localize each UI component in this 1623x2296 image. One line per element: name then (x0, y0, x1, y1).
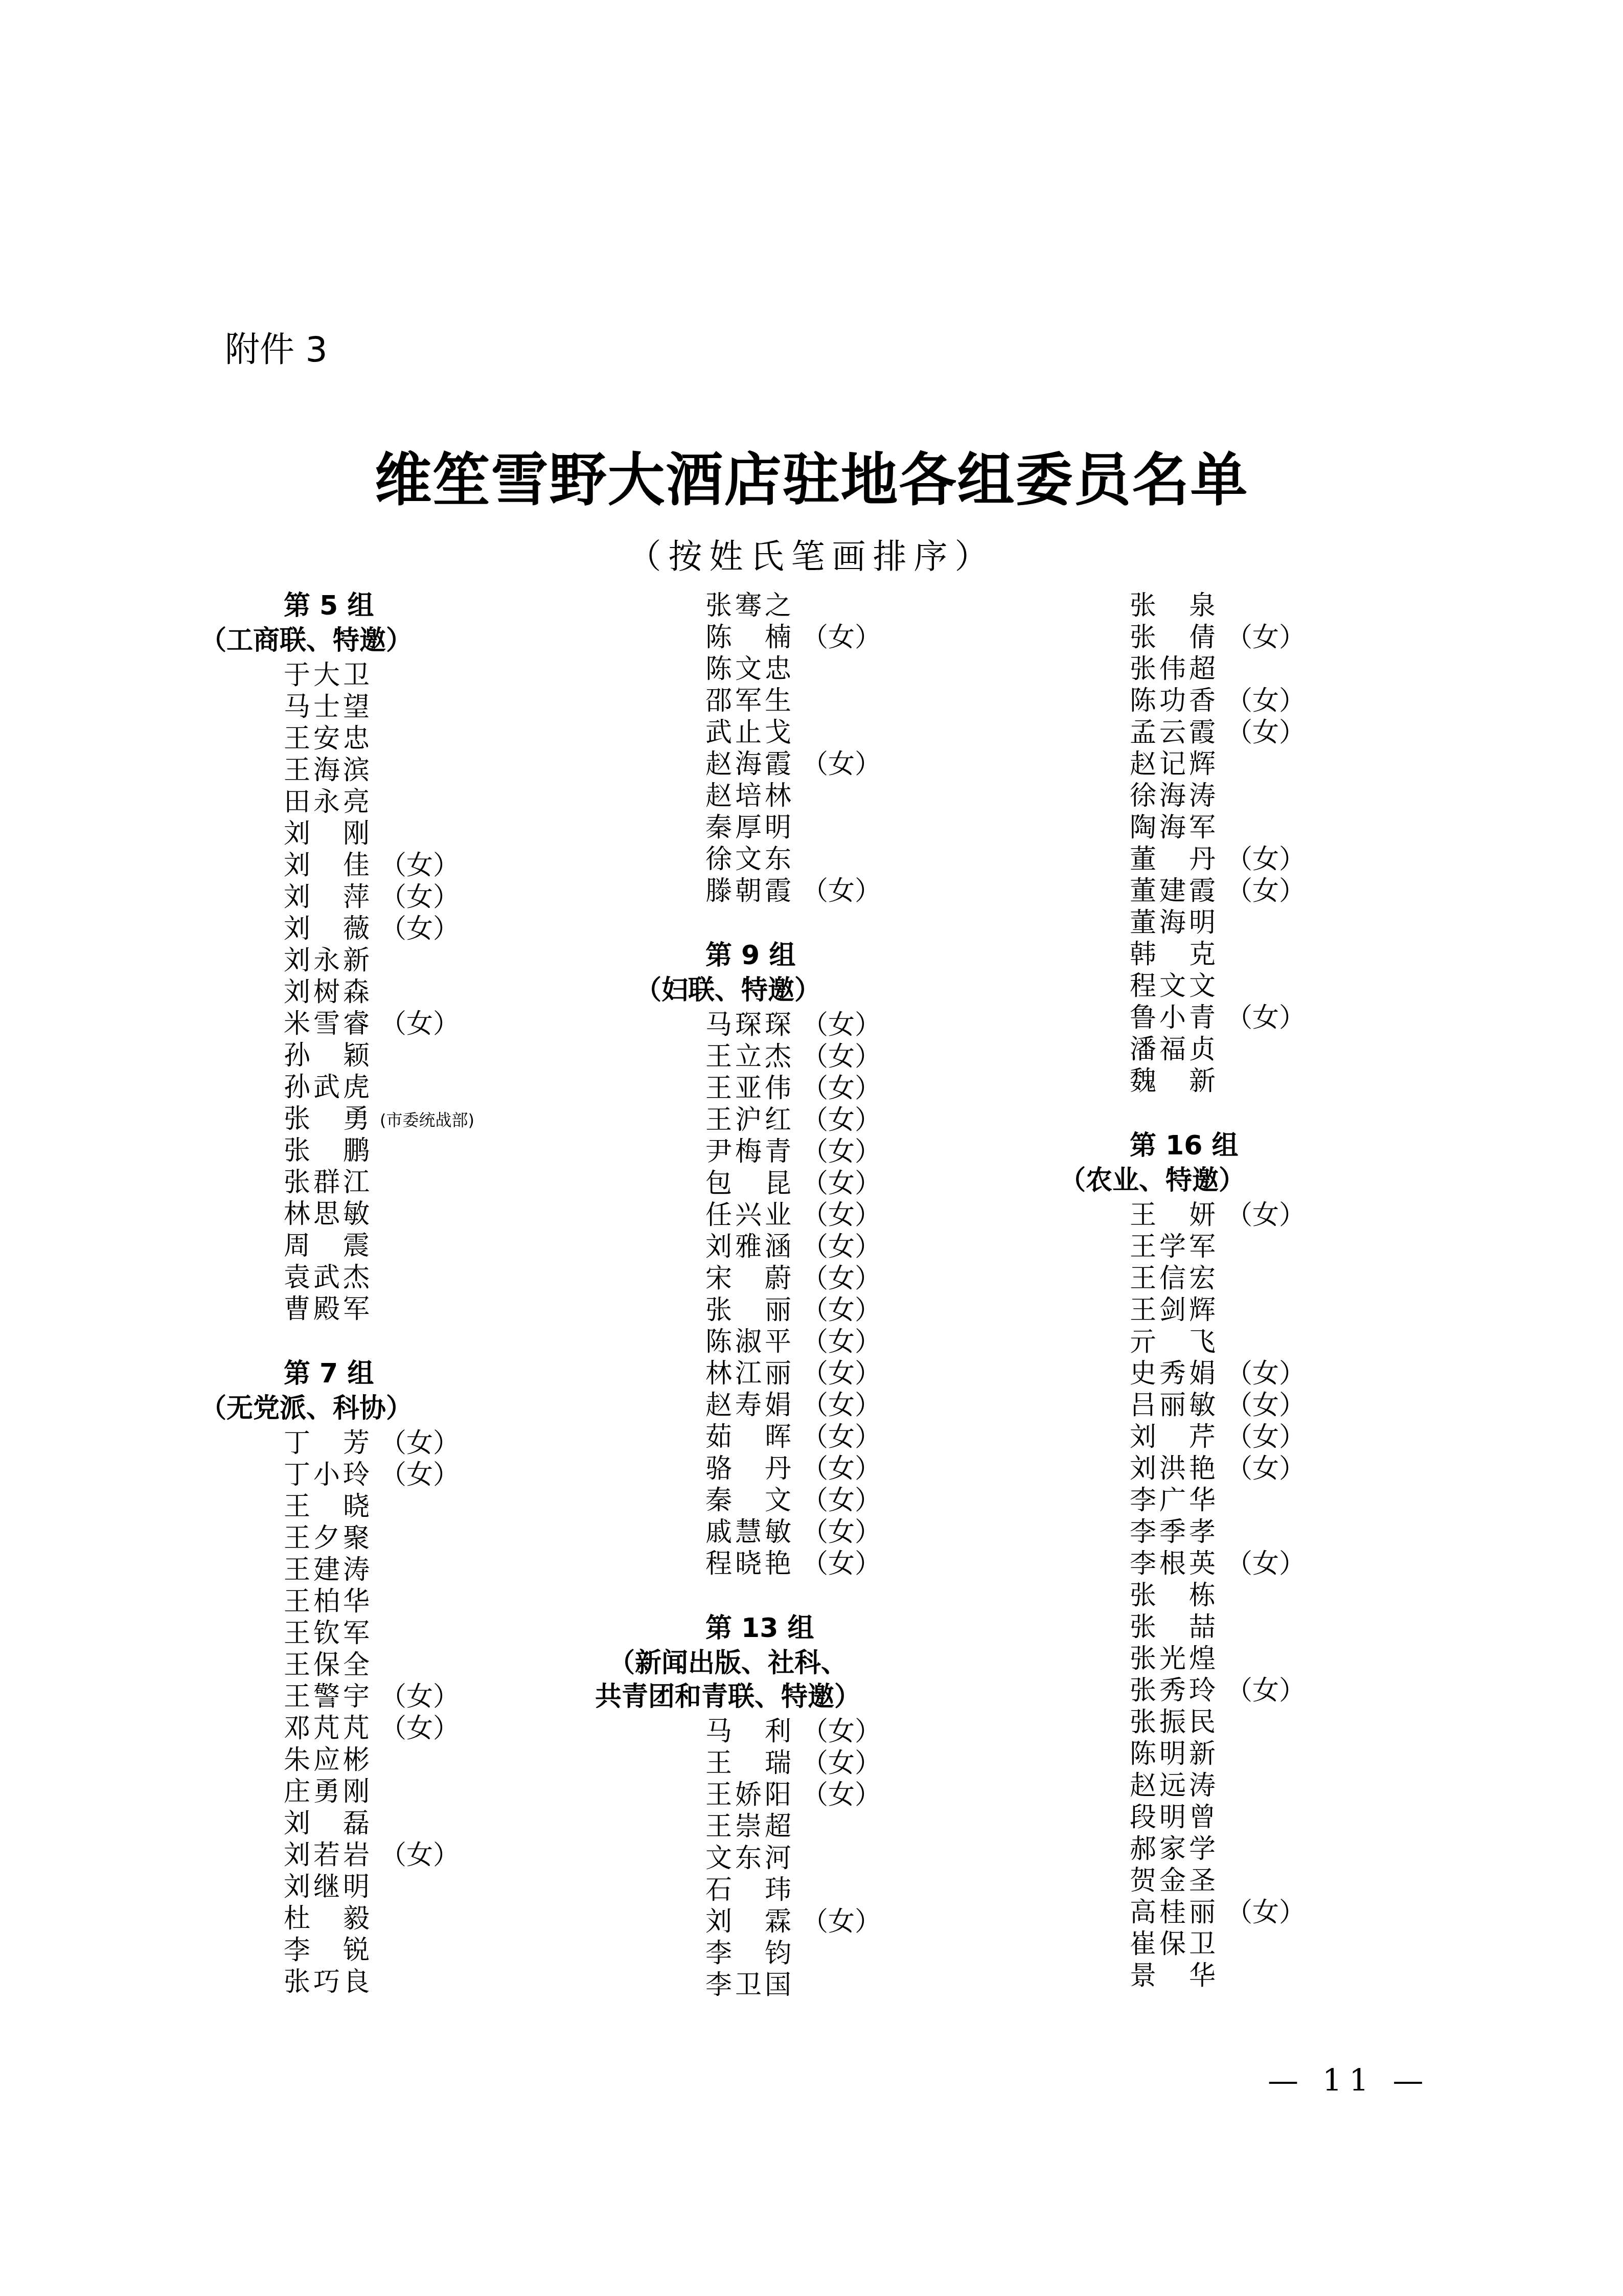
gender-note: （女） (1226, 622, 1306, 653)
member-row: 刘若岩（女） (284, 1839, 496, 1871)
member-group: 第 9 组（妇联、特邀）马琛琛（女）王立杰（女）王亚伟（女）王沪红（女）尹梅青（… (705, 938, 971, 1580)
gender-note: （女） (380, 1459, 460, 1491)
member-name: 郝家学 (1130, 1833, 1222, 1865)
member-name: 武止戈 (705, 717, 797, 748)
member-name: 张光煌 (1130, 1643, 1222, 1675)
gender-note: （女） (1226, 1390, 1306, 1421)
member-row: 程文文 (1130, 970, 1316, 1002)
member-row: 庄勇刚 (284, 1776, 496, 1808)
member-name: 丁小玲 (284, 1459, 376, 1491)
member-row: 鲁小青（女） (1130, 1002, 1316, 1034)
member-name: 崔保卫 (1130, 1928, 1222, 1960)
gender-note: （女） (1226, 875, 1306, 907)
member-row: 马 利（女） (705, 1716, 971, 1747)
member-row: 张 倩（女） (1130, 622, 1316, 653)
member-name: 张秀玲 (1130, 1675, 1222, 1707)
member-row: 陈文忠 (705, 653, 971, 685)
member-name: 王娇阳 (705, 1779, 797, 1811)
member-row: 朱应彬 (284, 1744, 496, 1776)
member-name: 王信宏 (1130, 1263, 1222, 1294)
member-name: 程晓艳 (705, 1548, 797, 1580)
member-row: 杜 毅 (284, 1903, 496, 1935)
member-name: 刘永新 (284, 945, 376, 976)
member-row: 刘 霖（女） (705, 1906, 971, 1938)
member-row: 戚慧敏（女） (705, 1516, 971, 1548)
member-row: 董 丹（女） (1130, 844, 1316, 875)
member-row: 刘洪艳（女） (1130, 1453, 1316, 1485)
gender-note: （女） (802, 1168, 881, 1199)
member-name: 王海滨 (284, 755, 376, 786)
member-name: 刘 刚 (284, 818, 376, 850)
member-name: 陈功香 (1130, 685, 1222, 717)
member-list: 张 泉张 倩（女）张伟超陈功香（女）孟云霞（女）赵记辉徐海涛陶海军董 丹（女）董… (1130, 590, 1316, 1097)
member-row: 王 妍（女） (1130, 1199, 1316, 1231)
member-row: 张 鹏 (284, 1135, 496, 1167)
gender-note: （女） (802, 1041, 881, 1073)
member-row: 宋 蔚（女） (705, 1263, 971, 1294)
gender-note: （女） (802, 1421, 881, 1453)
member-row: 刘 芹（女） (1130, 1421, 1316, 1453)
member-name: 陈明新 (1130, 1738, 1222, 1770)
member-name: 张伟超 (1130, 653, 1222, 685)
member-row: 张群江 (284, 1167, 496, 1198)
member-name: 王保全 (284, 1649, 376, 1681)
member-row: 李卫国 (705, 1969, 971, 2001)
member-row: 王安忠 (284, 723, 496, 755)
member-row: 高桂丽（女） (1130, 1897, 1316, 1928)
member-row: 王立杰（女） (705, 1041, 971, 1073)
member-name: 赵记辉 (1130, 748, 1222, 780)
member-row: 景 华 (1130, 1960, 1316, 1992)
gender-note: （女） (802, 1136, 881, 1168)
gender-note: （女） (1226, 1199, 1306, 1231)
member-name: 陈文忠 (705, 653, 797, 685)
member-name: 朱应彬 (284, 1744, 376, 1776)
member-row: 刘 刚 (284, 818, 496, 850)
group-subtitle: （新闻出版、社科、 (608, 1646, 874, 1680)
member-row: 马士望 (284, 691, 496, 723)
gender-note: （女） (1226, 1358, 1306, 1390)
member-name: 张骞之 (705, 590, 797, 622)
member-name: 陈 楠 (705, 622, 797, 653)
member-name: 张 鹏 (284, 1135, 376, 1167)
member-row: 陈明新 (1130, 1738, 1316, 1770)
member-name: 贺金圣 (1130, 1865, 1222, 1897)
gender-note: （女） (1226, 717, 1306, 748)
member-name: 庄勇刚 (284, 1776, 376, 1808)
member-name: 尹梅青 (705, 1136, 797, 1168)
gender-note: （女） (802, 1358, 881, 1390)
member-row: 张光煌 (1130, 1643, 1316, 1675)
member-row: 张 泉 (1130, 590, 1316, 622)
member-name: 任兴业 (705, 1199, 797, 1231)
gender-note: （女） (802, 1779, 881, 1811)
group-subtitle: 共青团和青联、特邀） (595, 1680, 861, 1714)
member-row: 刘 磊 (284, 1808, 496, 1839)
member-name: 亓 飞 (1130, 1326, 1222, 1358)
gender-note: （女） (802, 875, 881, 907)
gender-note: （女） (802, 1485, 881, 1516)
gender-note: （女） (802, 1231, 881, 1263)
member-row: 骆 丹（女） (705, 1453, 971, 1485)
member-name: 李 锐 (284, 1935, 376, 1966)
page-number: — 11 — (1268, 2063, 1431, 2099)
member-name: 张振民 (1130, 1707, 1222, 1738)
member-name: 石 玮 (705, 1874, 797, 1906)
member-name: 李 钧 (705, 1938, 797, 1969)
gender-note: （女） (1226, 1675, 1306, 1707)
member-row: 王建涛 (284, 1554, 496, 1586)
member-row: 王亚伟（女） (705, 1073, 971, 1104)
member-row: 张巧良 (284, 1966, 496, 1998)
member-name: 滕朝霞 (705, 875, 797, 907)
member-name: 王学军 (1130, 1231, 1222, 1263)
member-row: 尹梅青（女） (705, 1136, 971, 1168)
member-row: 邵军生 (705, 685, 971, 717)
gender-note: （女） (802, 622, 881, 653)
member-row: 赵培林 (705, 780, 971, 812)
member-list: 于大卫马士望王安忠王海滨田永亮刘 刚刘 佳（女）刘 萍（女）刘 薇（女）刘永新刘… (284, 660, 496, 1325)
member-name: 邓芃芃 (284, 1713, 376, 1744)
member-name: 丁 芳 (284, 1427, 376, 1459)
gender-note: （女） (1226, 1002, 1306, 1034)
member-name: 张 勇 (284, 1103, 376, 1135)
group-subtitle: （无党派、科协） (200, 1392, 413, 1425)
member-name: 赵寿娟 (705, 1390, 797, 1421)
attachment-label: 附件 3 (225, 322, 328, 372)
member-name: 李季孝 (1130, 1516, 1222, 1548)
member-row: 张 勇(市委统战部) (284, 1103, 496, 1135)
member-name: 王沪红 (705, 1104, 797, 1136)
group-title: 第 7 组 (284, 1356, 496, 1392)
gender-note: （女） (380, 913, 460, 945)
gender-note: （女） (1226, 844, 1306, 875)
member-row: 张秀玲（女） (1130, 1675, 1316, 1707)
member-row: 李根英（女） (1130, 1548, 1316, 1580)
gender-note: （女） (802, 1716, 881, 1747)
member-name: 赵远涛 (1130, 1770, 1222, 1802)
member-name: 周 震 (284, 1230, 376, 1262)
member-name: 史秀娟 (1130, 1358, 1222, 1390)
member-name: 赵培林 (705, 780, 797, 812)
member-name: 王警宇 (284, 1681, 376, 1713)
column-left: 第 5 组（工商联、特邀）于大卫马士望王安忠王海滨田永亮刘 刚刘 佳（女）刘 萍… (284, 588, 496, 2029)
member-name: 赵海霞 (705, 748, 797, 780)
member-row: 王娇阳（女） (705, 1779, 971, 1811)
member-name: 董建霞 (1130, 875, 1222, 907)
member-name: 刘继明 (284, 1871, 376, 1903)
member-name: 刘洪艳 (1130, 1453, 1222, 1485)
gender-note: （女） (1226, 685, 1306, 717)
member-name: 孟云霞 (1130, 717, 1222, 748)
member-row: 陶海军 (1130, 812, 1316, 844)
member-row: 王 晓 (284, 1491, 496, 1522)
member-row: 茹 晖（女） (705, 1421, 971, 1453)
member-row: 袁武杰 (284, 1262, 496, 1293)
member-name: 刘 磊 (284, 1808, 376, 1839)
member-name: 张 喆 (1130, 1611, 1222, 1643)
member-name: 刘 佳 (284, 850, 376, 881)
member-group: 第 16 组（农业、特邀）王 妍（女）王学军王信宏王剑辉亓 飞史秀娟（女）吕丽敏… (1130, 1128, 1316, 1992)
member-row: 魏 新 (1130, 1065, 1316, 1097)
member-name: 王 晓 (284, 1491, 376, 1522)
member-name: 张 倩 (1130, 622, 1222, 653)
member-name: 秦厚明 (705, 812, 797, 844)
member-row: 孙 颖 (284, 1040, 496, 1072)
member-row: 秦 文（女） (705, 1485, 971, 1516)
member-row: 徐海涛 (1130, 780, 1316, 812)
member-row: 王崇超 (705, 1811, 971, 1843)
member-row: 张 栋 (1130, 1580, 1316, 1611)
member-row: 文东河 (705, 1843, 971, 1874)
member-name: 张群江 (284, 1167, 376, 1198)
member-row: 丁 芳（女） (284, 1427, 496, 1459)
member-name: 王立杰 (705, 1041, 797, 1073)
member-list: 马琛琛（女）王立杰（女）王亚伟（女）王沪红（女）尹梅青（女）包 昆（女）任兴业（… (705, 1009, 971, 1580)
member-row: 滕朝霞（女） (705, 875, 971, 907)
member-row: 马琛琛（女） (705, 1009, 971, 1041)
gender-note: （女） (802, 1548, 881, 1580)
member-row: 董海明 (1130, 907, 1316, 939)
member-row: 田永亮 (284, 786, 496, 818)
member-name: 刘树森 (284, 976, 376, 1008)
member-name: 刘 芹 (1130, 1421, 1222, 1453)
group-subtitle: （妇联、特邀） (635, 973, 901, 1007)
member-row: 林思敏 (284, 1198, 496, 1230)
member-row: 程晓艳（女） (705, 1548, 971, 1580)
member-name: 董海明 (1130, 907, 1222, 939)
gender-note: （女） (380, 1008, 460, 1040)
member-name: 马琛琛 (705, 1009, 797, 1041)
member-row: 王剑辉 (1130, 1294, 1316, 1326)
gender-note: （女） (802, 1453, 881, 1485)
member-list: 马 利（女）王 瑞（女）王娇阳（女）王崇超文东河石 玮刘 霖（女）李 钧李卫国 (705, 1716, 971, 2001)
member-row: 徐文东 (705, 844, 971, 875)
gender-note: （女） (380, 881, 460, 913)
member-name: 高桂丽 (1130, 1897, 1222, 1928)
member-name: 徐海涛 (1130, 780, 1222, 812)
gender-note: （女） (802, 1073, 881, 1104)
member-name: 马 利 (705, 1716, 797, 1747)
member-name: 袁武杰 (284, 1262, 376, 1293)
member-row: 王警宇（女） (284, 1681, 496, 1713)
group-title: 第 16 组 (1130, 1128, 1316, 1164)
member-name: 曹殿军 (284, 1293, 376, 1325)
gender-note: （女） (380, 1839, 460, 1871)
member-name: 宋 蔚 (705, 1263, 797, 1294)
member-name: 王亚伟 (705, 1073, 797, 1104)
gender-note: （女） (802, 1263, 881, 1294)
member-row: 亓 飞 (1130, 1326, 1316, 1358)
member-name: 林思敏 (284, 1198, 376, 1230)
member-row: 张振民 (1130, 1707, 1316, 1738)
member-name: 陈淑平 (705, 1326, 797, 1358)
gender-note: （女） (802, 1104, 881, 1136)
member-name: 刘 萍 (284, 881, 376, 913)
member-name: 王崇超 (705, 1811, 797, 1843)
document-title: 维笙雪野大酒店驻地各组委员名单 (0, 435, 1623, 517)
member-row: 刘 萍（女） (284, 881, 496, 913)
member-name: 潘福贞 (1130, 1034, 1222, 1065)
member-name: 张巧良 (284, 1966, 376, 1998)
member-list: 丁 芳（女）丁小玲（女）王 晓王夕聚王建涛王柏华王钦军王保全王警宇（女）邓芃芃（… (284, 1427, 496, 1998)
member-row: 李 钧 (705, 1938, 971, 1969)
member-name: 孙 颖 (284, 1040, 376, 1072)
document-subtitle: （按姓氏笔画排序） (0, 529, 1623, 578)
member-row: 王海滨 (284, 755, 496, 786)
member-row: 王保全 (284, 1649, 496, 1681)
member-row: 张 喆 (1130, 1611, 1316, 1643)
member-row: 李季孝 (1130, 1516, 1316, 1548)
member-name: 田永亮 (284, 786, 376, 818)
member-name: 王安忠 (284, 723, 376, 755)
member-row: 任兴业（女） (705, 1199, 971, 1231)
member-row: 刘雅涵（女） (705, 1231, 971, 1263)
member-row: 秦厚明 (705, 812, 971, 844)
group-title: 第 9 组 (705, 938, 971, 973)
member-row: 刘永新 (284, 945, 496, 976)
gender-note: （女） (380, 1681, 460, 1713)
member-row: 董建霞（女） (1130, 875, 1316, 907)
member-row: 武止戈 (705, 717, 971, 748)
gender-note: （女） (380, 1713, 460, 1744)
gender-note: （女） (802, 1516, 881, 1548)
member-row: 崔保卫 (1130, 1928, 1316, 1960)
member-name: 米雪睿 (284, 1008, 376, 1040)
member-name: 杜 毅 (284, 1903, 376, 1935)
member-row: 陈功香（女） (1130, 685, 1316, 717)
member-row: 王学军 (1130, 1231, 1316, 1263)
member-name: 刘 霖 (705, 1906, 797, 1938)
group-subtitle: （农业、特邀） (1059, 1164, 1245, 1197)
member-row: 王 瑞（女） (705, 1747, 971, 1779)
gender-note: （女） (380, 1427, 460, 1459)
member-row: 李广华 (1130, 1485, 1316, 1516)
member-name: 孙武虎 (284, 1072, 376, 1103)
member-row: 郝家学 (1130, 1833, 1316, 1865)
member-row: 王柏华 (284, 1586, 496, 1618)
member-row: 段明曾 (1130, 1802, 1316, 1833)
member-name: 刘若岩 (284, 1839, 376, 1871)
member-row: 张伟超 (1130, 653, 1316, 685)
member-row: 韩 克 (1130, 939, 1316, 970)
member-row: 林江丽（女） (705, 1358, 971, 1390)
gender-note: （女） (802, 1906, 881, 1938)
member-name: 茹 晖 (705, 1421, 797, 1453)
member-row: 史秀娟（女） (1130, 1358, 1316, 1390)
gender-note: （女） (380, 850, 460, 881)
gender-note: （女） (802, 1009, 881, 1041)
member-row: 王沪红（女） (705, 1104, 971, 1136)
gender-note: （女） (802, 1747, 881, 1779)
group-continued: 张 泉张 倩（女）张伟超陈功香（女）孟云霞（女）赵记辉徐海涛陶海军董 丹（女）董… (1130, 590, 1316, 1097)
member-row: 赵海霞（女） (705, 748, 971, 780)
member-name: 刘 薇 (284, 913, 376, 945)
member-row: 刘 佳（女） (284, 850, 496, 881)
member-row: 吕丽敏（女） (1130, 1390, 1316, 1421)
member-name: 景 华 (1130, 1960, 1222, 1992)
member-name: 陶海军 (1130, 812, 1222, 844)
member-list: 王 妍（女）王学军王信宏王剑辉亓 飞史秀娟（女）吕丽敏（女）刘 芹（女）刘洪艳（… (1130, 1199, 1316, 1992)
member-row: 李 锐 (284, 1935, 496, 1966)
member-name: 王建涛 (284, 1554, 376, 1586)
member-name: 韩 克 (1130, 939, 1222, 970)
member-name: 张 丽 (705, 1294, 797, 1326)
member-row: 丁小玲（女） (284, 1459, 496, 1491)
member-row: 王夕聚 (284, 1522, 496, 1554)
member-name: 张 栋 (1130, 1580, 1222, 1611)
member-name: 李卫国 (705, 1969, 797, 2001)
member-row: 刘树森 (284, 976, 496, 1008)
member-row: 赵寿娟（女） (705, 1390, 971, 1421)
member-name: 王 妍 (1130, 1199, 1222, 1231)
member-row: 张 丽（女） (705, 1294, 971, 1326)
member-group: 第 5 组（工商联、特邀）于大卫马士望王安忠王海滨田永亮刘 刚刘 佳（女）刘 萍… (284, 588, 496, 1325)
member-name: 李根英 (1130, 1548, 1222, 1580)
member-name: 邵军生 (705, 685, 797, 717)
member-row: 包 昆（女） (705, 1168, 971, 1199)
column-right: 张 泉张 倩（女）张伟超陈功香（女）孟云霞（女）赵记辉徐海涛陶海军董 丹（女）董… (1130, 588, 1316, 2022)
member-row: 刘继明 (284, 1871, 496, 1903)
member-name: 徐文东 (705, 844, 797, 875)
member-group: 第 7 组（无党派、科协）丁 芳（女）丁小玲（女）王 晓王夕聚王建涛王柏华王钦军… (284, 1356, 496, 1998)
gender-note: （女） (802, 748, 881, 780)
gender-note: （女） (802, 1294, 881, 1326)
member-row: 贺金圣 (1130, 1865, 1316, 1897)
member-row: 邓芃芃（女） (284, 1713, 496, 1744)
member-name: 张 泉 (1130, 590, 1222, 622)
gender-note: （女） (802, 1199, 881, 1231)
member-row: 王钦军 (284, 1618, 496, 1649)
member-name: 王剑辉 (1130, 1294, 1222, 1326)
gender-note: （女） (802, 1390, 881, 1421)
group-subtitle: （工商联、特邀） (200, 624, 413, 657)
member-name: 马士望 (284, 691, 376, 723)
gender-note: （女） (1226, 1421, 1306, 1453)
member-row: 陈淑平（女） (705, 1326, 971, 1358)
member-row: 曹殿军 (284, 1293, 496, 1325)
gender-note: （女） (1226, 1897, 1306, 1928)
gender-note: （女） (1226, 1453, 1306, 1485)
member-name: 包 昆 (705, 1168, 797, 1199)
group-continued: 张骞之陈 楠（女）陈文忠邵军生武止戈赵海霞（女）赵培林秦厚明徐文东滕朝霞（女） (705, 590, 971, 907)
group-title: 第 5 组 (284, 588, 496, 624)
member-name: 刘雅涵 (705, 1231, 797, 1263)
member-name: 王夕聚 (284, 1522, 376, 1554)
member-row: 张骞之 (705, 590, 971, 622)
member-row: 孙武虎 (284, 1072, 496, 1103)
gender-note: （女） (802, 1326, 881, 1358)
member-row: 潘福贞 (1130, 1034, 1316, 1065)
member-row: 周 震 (284, 1230, 496, 1262)
member-row: 米雪睿（女） (284, 1008, 496, 1040)
member-row: 赵远涛 (1130, 1770, 1316, 1802)
member-name: 文东河 (705, 1843, 797, 1874)
member-group: 第 13 组（新闻出版、社科、共青团和青联、特邀）马 利（女）王 瑞（女）王娇阳… (705, 1610, 971, 2001)
member-name: 程文文 (1130, 970, 1222, 1002)
member-name: 吕丽敏 (1130, 1390, 1222, 1421)
member-name: 鲁小青 (1130, 1002, 1222, 1034)
member-name: 于大卫 (284, 660, 376, 691)
member-row: 赵记辉 (1130, 748, 1316, 780)
group-title: 第 13 组 (705, 1610, 971, 1646)
member-name: 段明曾 (1130, 1802, 1222, 1833)
member-name: 骆 丹 (705, 1453, 797, 1485)
member-row: 孟云霞（女） (1130, 717, 1316, 748)
member-row: 石 玮 (705, 1874, 971, 1906)
column-middle: 张骞之陈 楠（女）陈文忠邵军生武止戈赵海霞（女）赵培林秦厚明徐文东滕朝霞（女）第… (705, 588, 971, 2032)
member-name: 李广华 (1130, 1485, 1222, 1516)
